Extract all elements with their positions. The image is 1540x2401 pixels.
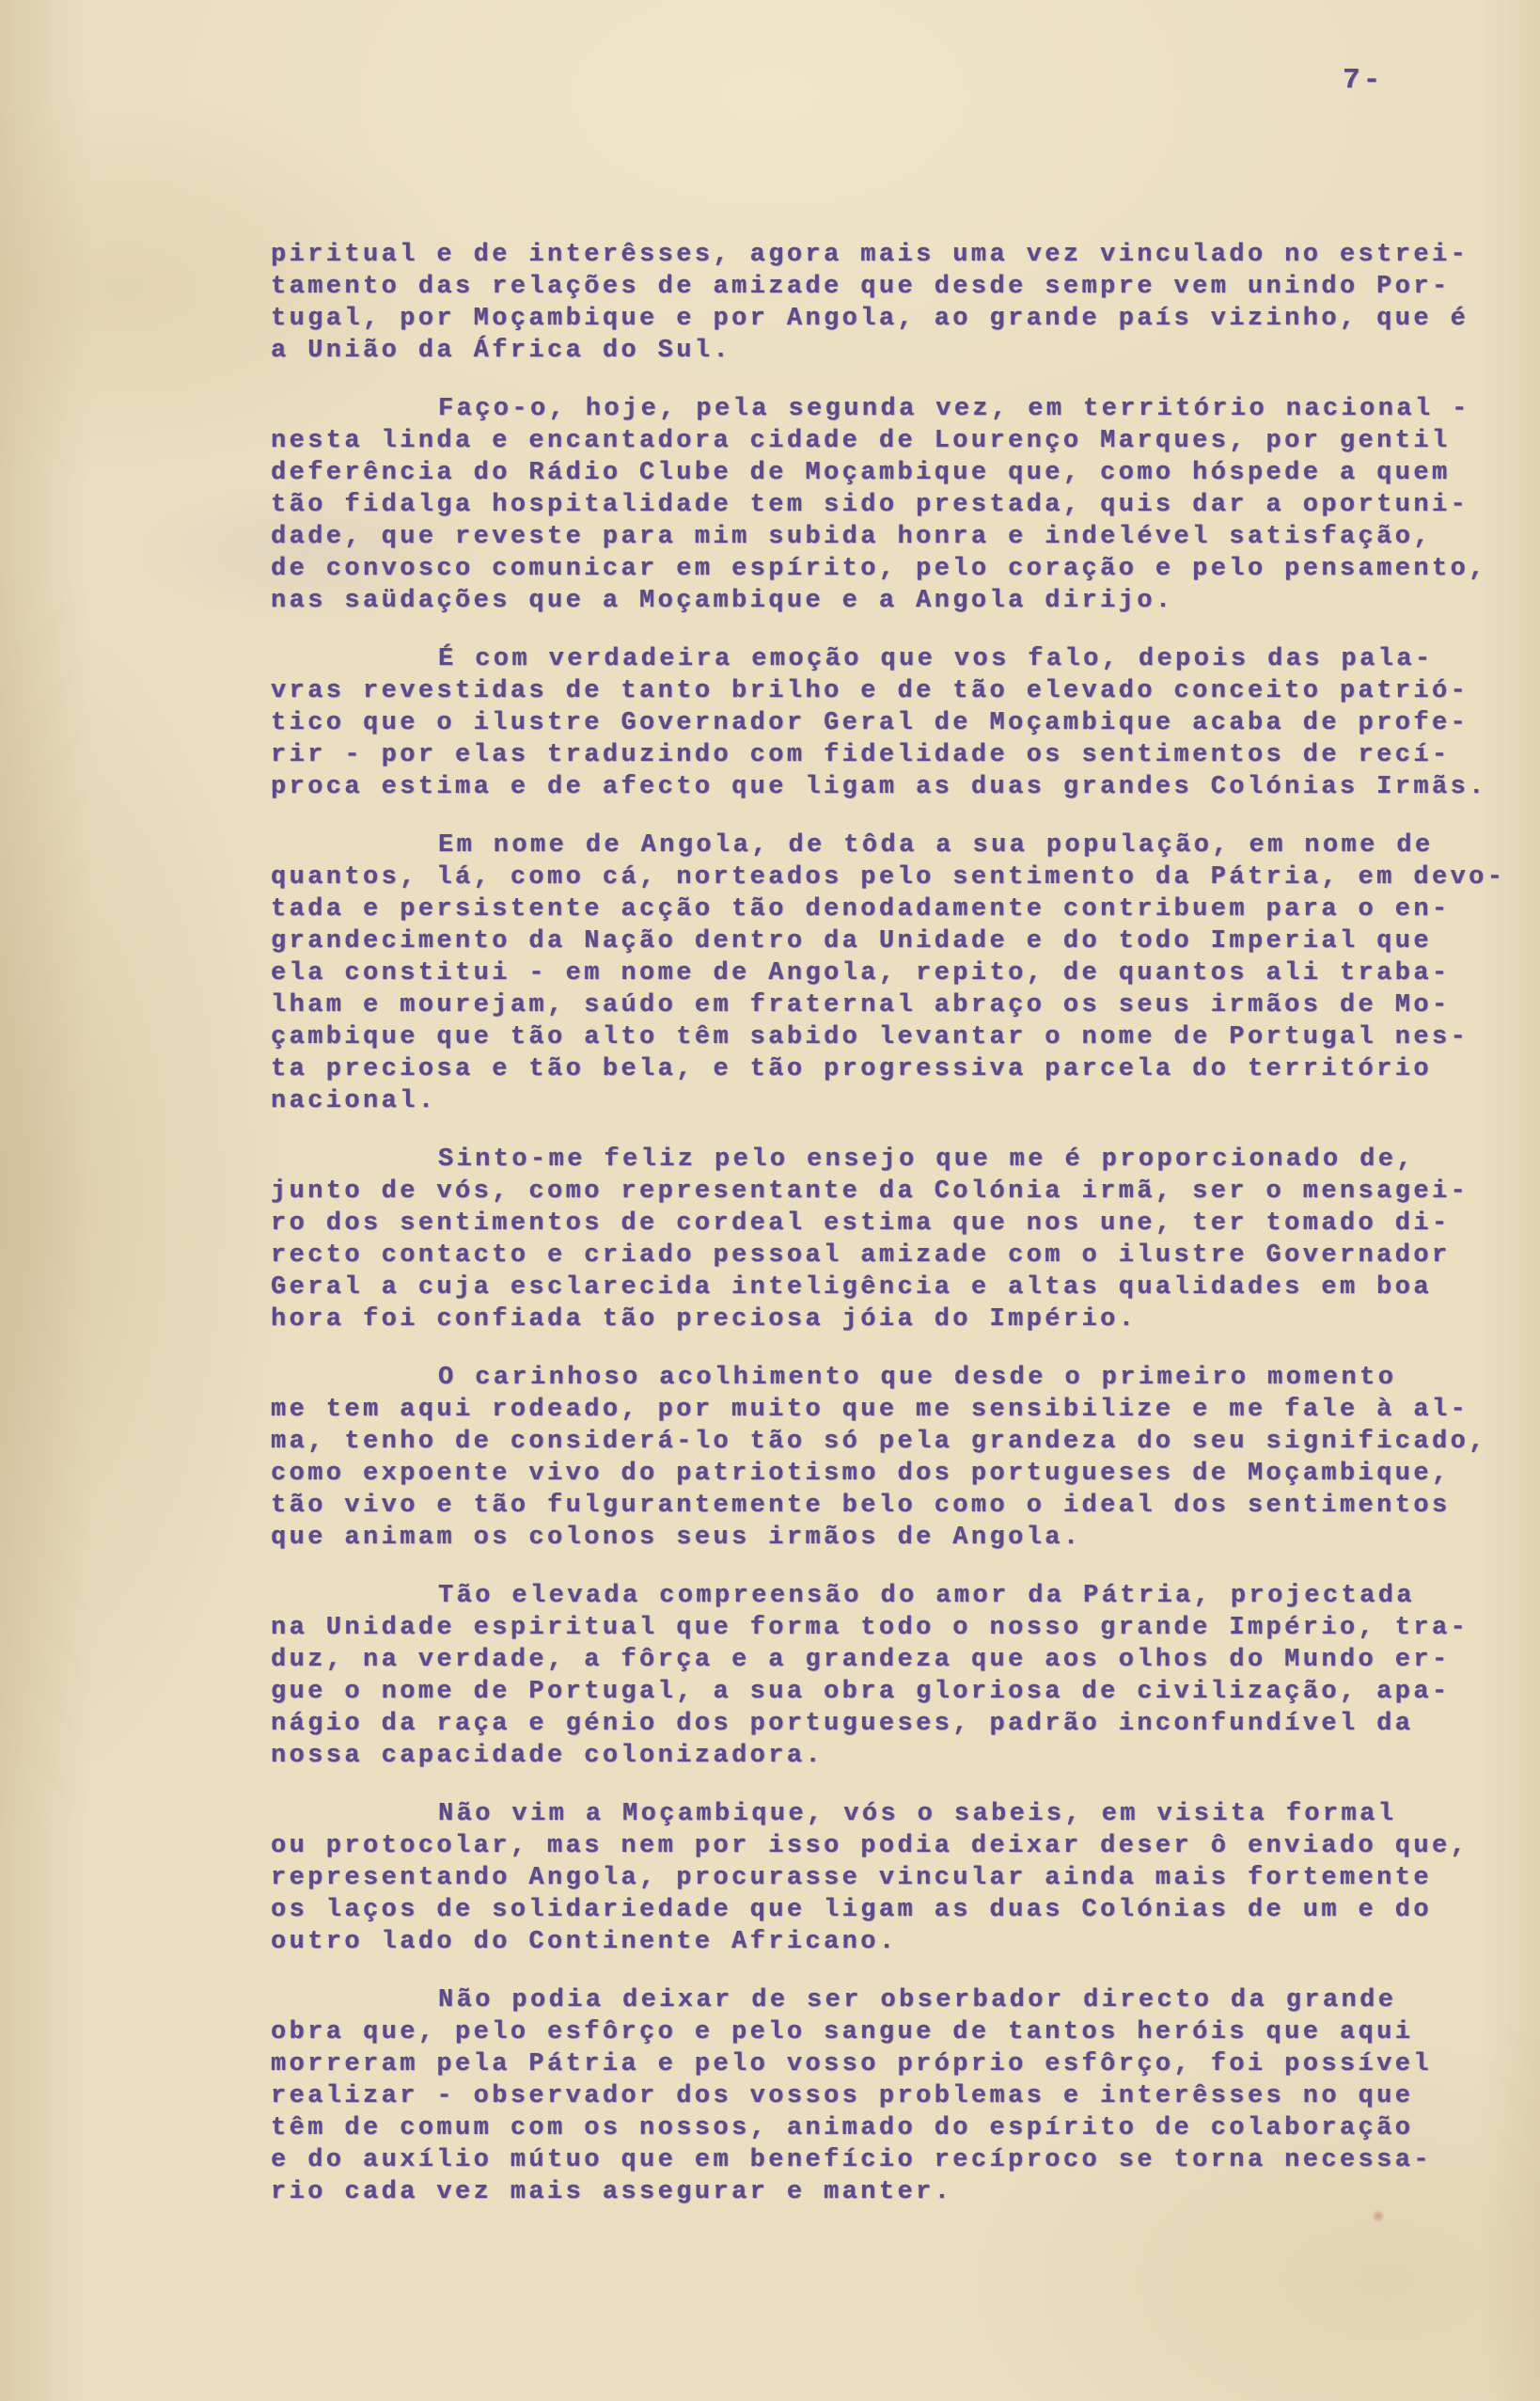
text-line: de convosco comunicar em espírito, pelo … xyxy=(271,553,1502,585)
text-line: nesta linda e encantadora cidade de Lour… xyxy=(271,425,1502,457)
text-line: nossa capacidade colonizadora. xyxy=(271,1740,1502,1772)
text-line: quantos, lá, como cá, norteados pelo sen… xyxy=(271,861,1502,893)
document-body: piritual e de interêsses, agora mais uma… xyxy=(271,239,1502,2235)
text-line: representando Angola, procurasse vincula… xyxy=(271,1862,1502,1894)
text-line: nas saüdações que a Moçambique e a Angol… xyxy=(271,585,1502,617)
text-line: proca estima e de afecto que ligam as du… xyxy=(271,771,1502,803)
paragraph: O carinhoso acolhimento que desde o prim… xyxy=(271,1362,1502,1554)
paragraph: Faço-o, hoje, pela segunda vez, em terri… xyxy=(271,393,1502,617)
text-line: O carinhoso acolhimento que desde o prim… xyxy=(271,1362,1502,1394)
text-line: Não vim a Moçambique, vós o sabeis, em v… xyxy=(271,1798,1502,1830)
text-line: Faço-o, hoje, pela segunda vez, em terri… xyxy=(271,393,1502,425)
text-line: vras revestidas de tanto brilho e de tão… xyxy=(271,675,1502,707)
text-line: tugal, por Moçambique e por Angola, ao g… xyxy=(271,303,1502,335)
text-line: hora foi confiada tão preciosa jóia do I… xyxy=(271,1303,1502,1335)
paragraph: Não podia deixar de ser obserbador direc… xyxy=(271,1984,1502,2208)
scanned-page: 7- piritual e de interêsses, agora mais … xyxy=(0,0,1540,2401)
paragraph: piritual e de interêsses, agora mais uma… xyxy=(271,239,1502,367)
text-line: ma, tenho de considerá-lo tão só pela gr… xyxy=(271,1426,1502,1458)
text-line: É com verdadeira emoção que vos falo, de… xyxy=(271,643,1502,675)
text-line: tada e persistente acção tão denodadamen… xyxy=(271,893,1502,925)
paragraph: Não vim a Moçambique, vós o sabeis, em v… xyxy=(271,1798,1502,1958)
text-line: piritual e de interêsses, agora mais uma… xyxy=(271,239,1502,271)
page-number: 7- xyxy=(1343,64,1383,97)
paragraph: Sinto-me feliz pelo ensejo que me é prop… xyxy=(271,1144,1502,1335)
text-line: e do auxílio mútuo que em benefício recí… xyxy=(271,2144,1502,2176)
paragraph: É com verdadeira emoção que vos falo, de… xyxy=(271,643,1502,803)
text-line: como expoente vivo do patriotismo dos po… xyxy=(271,1458,1502,1490)
text-line: lham e mourejam, saúdo em fraternal abra… xyxy=(271,989,1502,1021)
text-line: na Unidade espiritual que forma todo o n… xyxy=(271,1612,1502,1644)
text-line: a União da África do Sul. xyxy=(271,335,1502,367)
text-line: obra que, pelo esfôrço e pelo sangue de … xyxy=(271,2016,1502,2048)
text-line: deferência do Rádio Clube de Moçambique … xyxy=(271,457,1502,489)
text-line: me tem aqui rodeado, por muito que me se… xyxy=(271,1394,1502,1426)
text-line: os laços de solidariedade que ligam as d… xyxy=(271,1894,1502,1926)
text-line: que animam os colonos seus irmãos de Ang… xyxy=(271,1522,1502,1554)
text-line: Sinto-me feliz pelo ensejo que me é prop… xyxy=(271,1144,1502,1176)
text-line: nágio da raça e génio dos portugueses, p… xyxy=(271,1708,1502,1740)
text-line: ro dos sentimentos de cordeal estima que… xyxy=(271,1208,1502,1240)
text-line: nacional. xyxy=(271,1085,1502,1117)
text-line: ou protocolar, mas nem por isso podia de… xyxy=(271,1830,1502,1862)
text-line: tamento das relações de amizade que desd… xyxy=(271,271,1502,303)
text-line: Não podia deixar de ser obserbador direc… xyxy=(271,1984,1502,2016)
text-line: ta preciosa e tão bela, e tão progressiv… xyxy=(271,1053,1502,1085)
text-line: Tão elevada compreensão do amor da Pátri… xyxy=(271,1580,1502,1612)
text-line: grandecimento da Nação dentro da Unidade… xyxy=(271,925,1502,957)
text-line: realizar - observador dos vossos problem… xyxy=(271,2080,1502,2112)
text-line: têm de comum com os nossos, animado do e… xyxy=(271,2112,1502,2144)
paragraph: Em nome de Angola, de tôda a sua populaç… xyxy=(271,829,1502,1117)
text-line: tão fidalga hospitalidade tem sido prest… xyxy=(271,489,1502,521)
text-line: gue o nome de Portugal, a sua obra glori… xyxy=(271,1676,1502,1708)
text-line: tico que o ilustre Governador Geral de M… xyxy=(271,707,1502,739)
text-line: outro lado do Continente Africano. xyxy=(271,1926,1502,1958)
text-line: tão vivo e tão fulgurantemente belo como… xyxy=(271,1490,1502,1522)
text-line: rio cada vez mais assegurar e manter. xyxy=(271,2176,1502,2208)
text-line: Geral a cuja esclarecida inteligência e … xyxy=(271,1272,1502,1303)
text-line: junto de vós, como representante da Coló… xyxy=(271,1176,1502,1208)
text-line: recto contacto e criado pessoal amizade … xyxy=(271,1240,1502,1272)
text-line: Em nome de Angola, de tôda a sua populaç… xyxy=(271,829,1502,861)
text-line: çambique que tão alto têm sabido levanta… xyxy=(271,1021,1502,1053)
text-line: dade, que reveste para mim subida honra … xyxy=(271,521,1502,553)
text-line: rir - por elas traduzindo com fidelidade… xyxy=(271,739,1502,771)
paragraph: Tão elevada compreensão do amor da Pátri… xyxy=(271,1580,1502,1772)
text-line: morreram pela Pátria e pelo vosso própri… xyxy=(271,2048,1502,2080)
text-line: ela constitui - em nome de Angola, repit… xyxy=(271,957,1502,989)
text-line: duz, na verdade, a fôrça e a grandeza qu… xyxy=(271,1644,1502,1676)
